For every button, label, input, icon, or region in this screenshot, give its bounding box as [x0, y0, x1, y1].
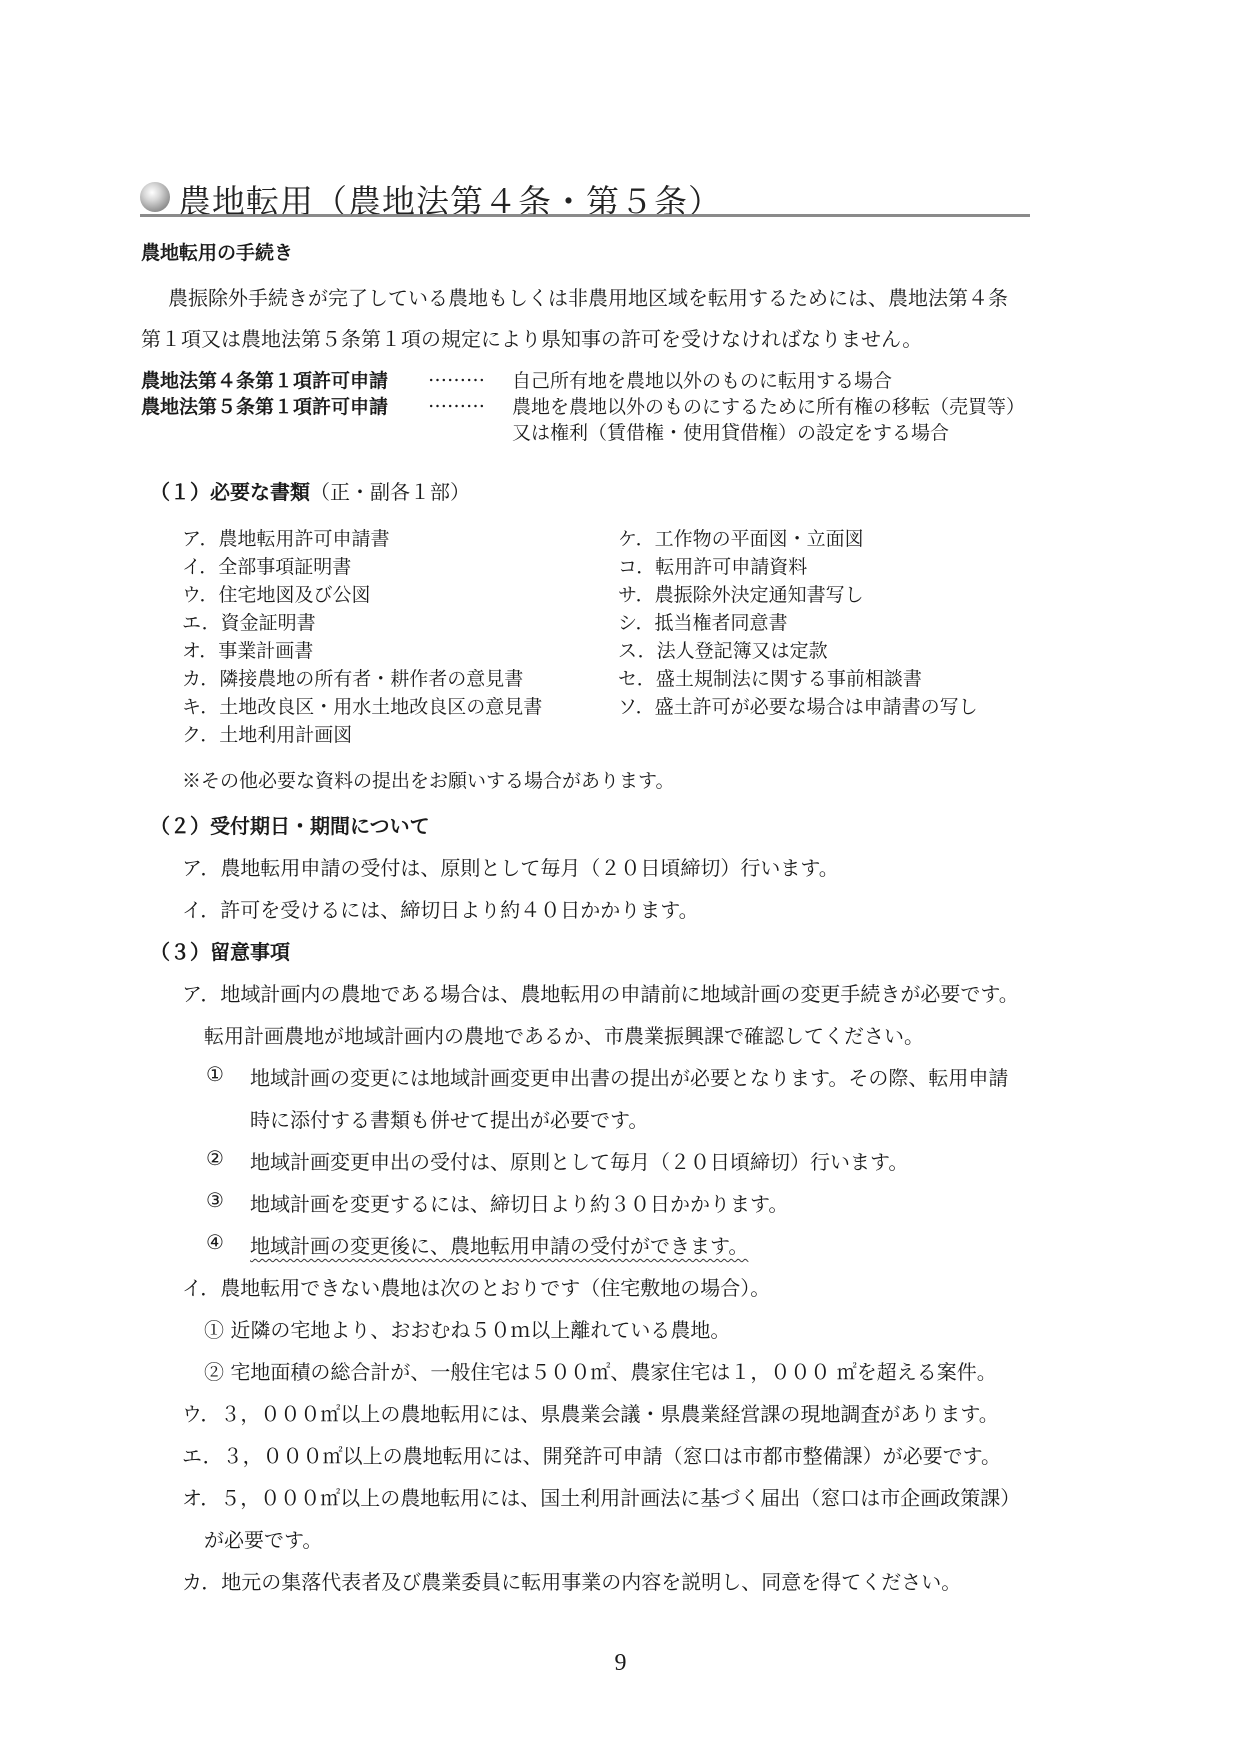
note-a2: 地域計画変更申出の受付は、原則として毎月（２０日頃締切）行います。 — [250, 1146, 908, 1175]
note-i: イ．農地転用できない農地は次のとおりです（住宅敷地の場合）。 — [182, 1272, 770, 1301]
note-a3: 地域計画を変更するには、締切日より約３０日かかります。 — [250, 1188, 788, 1217]
note-o-line2: が必要です。 — [204, 1524, 322, 1553]
docs-note: ※その他必要な資料の提出をお願いする場合があります。 — [182, 766, 674, 793]
doc-item: ソ．盛土許可が必要な場合は申請書の写し — [618, 692, 978, 719]
note-i2: ② 宅地面積の総合計が、一般住宅は５００㎡、農家住宅は１，０００ ㎡を超える案件… — [204, 1356, 997, 1385]
doc-item: セ．盛土規制法に関する事前相談書 — [618, 664, 922, 691]
intro-line-2: 第１項又は農地法第５条第１項の規定により県知事の許可を受けなければなりません。 — [141, 323, 922, 352]
permit-label-5: 農地法第５条第１項許可申請 — [141, 392, 388, 419]
doc-item: ウ．住宅地図及び公図 — [182, 580, 371, 607]
note-a4-emphasized: 地域計画の変更後に、農地転用申請の受付ができます。 — [250, 1230, 748, 1259]
permit-dots-4: ……… — [428, 364, 485, 386]
section1-heading-note: （正・副各１部） — [310, 480, 470, 504]
permit-desc-4: 自己所有地を農地以外のものに転用する場合 — [512, 366, 892, 393]
note-i1: ① 近隣の宅地より、おおむね５０ｍ以上離れている農地。 — [204, 1314, 730, 1343]
page-number: 9 — [0, 1650, 1241, 1677]
doc-item: ス．法人登記簿又は定款 — [618, 636, 828, 663]
note-o-line1: オ．５，０００㎡以上の農地転用には、国土利用計画法に基づく届出（窓口は市企画政策… — [182, 1482, 1020, 1511]
subtitle: 農地転用の手続き — [141, 238, 293, 265]
note-a-line2: 転用計画農地が地域計画内の農地であるか、市農業振興課で確認してください。 — [204, 1020, 924, 1049]
circle-number-2: ② — [206, 1146, 224, 1170]
section1-heading-text: （１）必要な書類 — [150, 480, 310, 504]
note-ka: カ．地元の集落代表者及び農業委員に転用事業の内容を説明し、同意を得てください。 — [182, 1566, 961, 1595]
doc-item: コ．転用許可申請資料 — [618, 552, 807, 579]
note-u: ウ．３，０００㎡以上の農地転用には、県農業会議・県農業経営課の現地調査があります… — [182, 1398, 999, 1427]
doc-item: エ．資金証明書 — [182, 608, 316, 635]
note-a1-line1: 地域計画の変更には地域計画変更申出書の提出が必要となります。その際、転用申請 — [250, 1062, 1008, 1091]
doc-item: シ．抵当権者同意書 — [618, 608, 788, 635]
intro-line-1: 農振除外手続きが完了している農地もしくは非農用地区域を転用するためには、農地法第… — [168, 282, 1008, 311]
section3-heading: （３）留意事項 — [150, 936, 290, 965]
section1-heading: （１）必要な書類（正・副各１部） — [150, 476, 470, 505]
doc-item: ク．土地利用計画図 — [182, 720, 352, 747]
doc-item: キ．土地改良区・用水土地改良区の意見書 — [182, 692, 542, 719]
doc-item: オ．事業計画書 — [182, 636, 313, 663]
section2-item: ア．農地転用申請の受付は、原則として毎月（２０日頃締切）行います。 — [182, 852, 839, 881]
doc-item: ケ．工作物の平面図・立面図 — [618, 524, 864, 551]
section2-item: イ．許可を受けるには、締切日より約４０日かかります。 — [182, 894, 699, 923]
doc-item: ア．農地転用許可申請書 — [182, 524, 390, 551]
permit-desc-5-line1: 農地を農地以外のものにするために所有権の移転（売買等） — [512, 392, 1025, 419]
section2-heading: （２）受付期日・期間について — [150, 810, 430, 839]
permit-desc-5-line2: 又は権利（賃借権・使用貸借権）の設定をする場合 — [512, 418, 949, 445]
doc-item: サ．農振除外決定通知書写し — [618, 580, 864, 607]
bullet-sphere-icon — [140, 182, 170, 212]
note-a-line1: ア．地域計画内の農地である場合は、農地転用の申請前に地域計画の変更手続きが必要で… — [182, 978, 1019, 1007]
permit-label-4: 農地法第４条第１項許可申請 — [141, 366, 388, 393]
permit-dots-5: ……… — [428, 390, 485, 412]
circle-number-3: ③ — [206, 1188, 224, 1212]
note-a1-line2: 時に添付する書類も併せて提出が必要です。 — [250, 1104, 648, 1133]
circle-number-4: ④ — [206, 1230, 224, 1254]
doc-item: イ．全部事項証明書 — [182, 552, 351, 579]
doc-item: カ．隣接農地の所有者・耕作者の意見書 — [182, 664, 523, 691]
title-divider — [140, 214, 1030, 217]
circle-number-1: ① — [206, 1062, 224, 1086]
note-e: エ．３，０００㎡以上の農地転用には、開発許可申請（窓口は市都市整備課）が必要です… — [182, 1440, 1001, 1469]
